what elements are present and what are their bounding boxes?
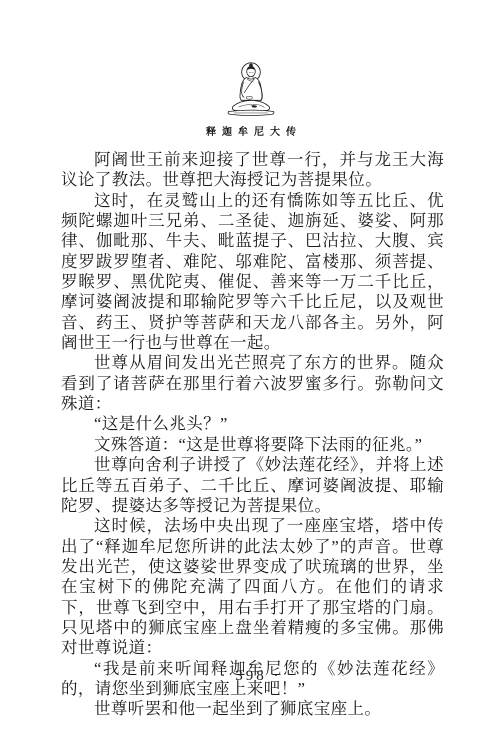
- body-paragraph: 世尊向舍利子讲授了《妙法莲花经》，并将上述比丘等五百弟子、二千比丘、摩诃婆阇波提…: [61, 455, 444, 516]
- body-paragraph: 阿阇世王前来迎接了世尊一行，并与龙王大海议论了教法。世尊把大海授记为菩提果位。: [61, 150, 444, 191]
- body-paragraph-dialogue: 文殊答道：“这是世尊将要降下法雨的征兆。”: [61, 435, 444, 455]
- page-header: 释迦牟尼大传: [0, 58, 502, 138]
- buddha-illustration-icon: [214, 58, 288, 120]
- book-series-title: 释迦牟尼大传: [0, 123, 502, 138]
- body-paragraph-dialogue: “这是什么兆头？”: [61, 414, 444, 434]
- body-paragraph: 世尊从眉间发出光芒照亮了东方的世界。随众看到了诸菩萨在那里行着六波罗蜜多行。弥勒…: [61, 353, 444, 414]
- body-paragraph: 这时，在灵鹫山上的还有憍陈如等五比丘、优频陀螺迦叶三兄弟、二圣徒、迦旃延、婆娑、…: [61, 191, 444, 354]
- page-number: · 398 ·: [0, 668, 502, 685]
- body-paragraph: 这时候，法场中央出现了一座座宝塔，塔中传出了“释迦牟尼您所讲的此法太妙了”的声音…: [61, 516, 444, 658]
- body-text: 阿阇世王前来迎接了世尊一行，并与龙王大海议论了教法。世尊把大海授记为菩提果位。 …: [61, 150, 444, 720]
- book-page: 释迦牟尼大传 阿阇世王前来迎接了世尊一行，并与龙王大海议论了教法。世尊把大海授记…: [0, 0, 502, 747]
- body-paragraph: 世尊听罢和他一起坐到了狮底宝座上。: [61, 699, 444, 719]
